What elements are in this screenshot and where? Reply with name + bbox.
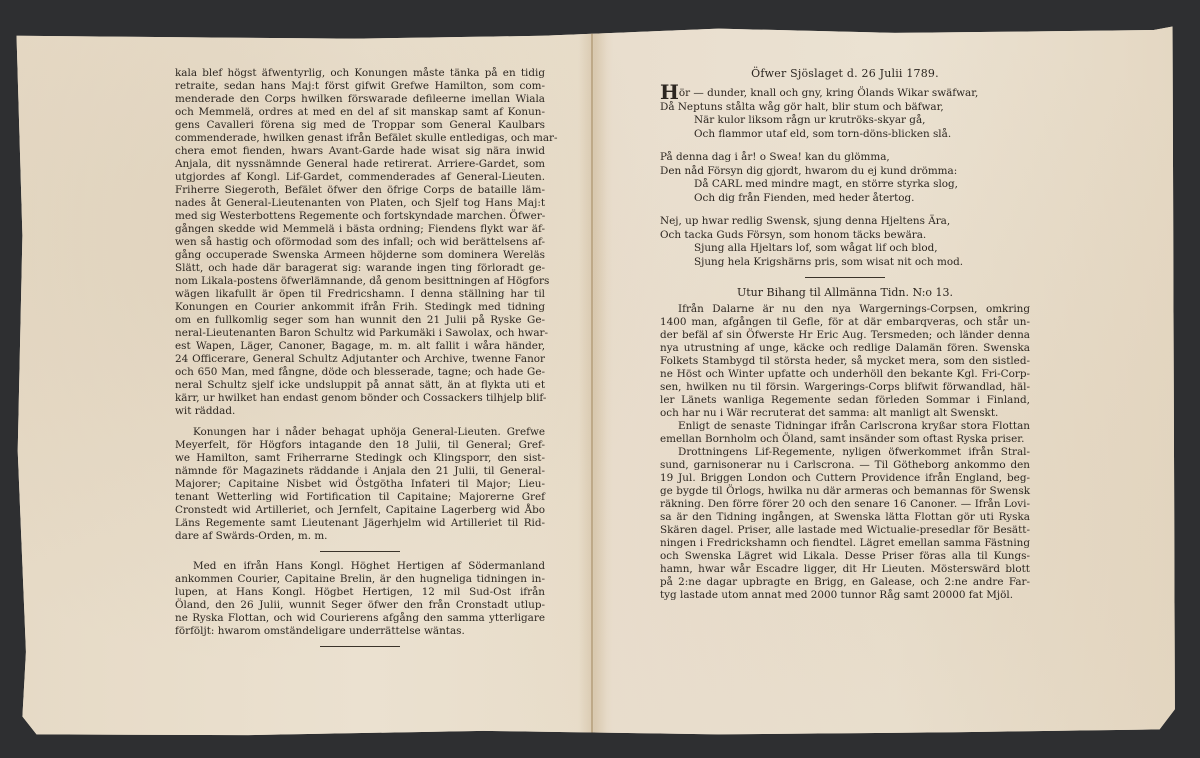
text-line: ningen i Fredrickshamn och fiendtel. Läg… bbox=[660, 537, 1030, 550]
text-line: 1400 man, afgången til Gefle, för at där… bbox=[660, 316, 1030, 329]
text-line: ne Höst och Winter upfatte och underhöll… bbox=[660, 368, 1030, 381]
poem-line: När kulor liksom rågn ur krutröks-skyar … bbox=[660, 114, 1030, 128]
text-line: räkning. Den förre förer 20 och den sena… bbox=[660, 498, 1030, 511]
text-line: wit räddad. bbox=[175, 405, 545, 418]
text-line: der befäl af sin Öfwerste Hr Eric Aug. T… bbox=[660, 329, 1030, 342]
poem-line: Då Neptuns stålta wåg gör halt, blir stu… bbox=[660, 101, 1030, 115]
text-line: ankommen Courier, Capitaine Brelin, är d… bbox=[175, 573, 545, 586]
poem-line: Sjung alla Hjeltars lof, som wågat lif o… bbox=[660, 242, 1030, 256]
text-line: Skären dagel. Priser, alle lastade med W… bbox=[660, 524, 1030, 537]
section-divider bbox=[320, 551, 400, 552]
poem-line: Sjung hela Krigshärns pris, som wisat ni… bbox=[660, 256, 1030, 270]
text-line: menderade den Corps hwilken förswarade d… bbox=[175, 93, 545, 106]
text-line: Ifrån Dalarne är nu den nya Wargernings-… bbox=[660, 303, 1030, 316]
text-line: 19 Jul. Briggen London och Cuttern Provi… bbox=[660, 472, 1030, 485]
text-line: tenant Wetterling wid Fortification til … bbox=[175, 491, 545, 504]
text-line: retraite, sedan hans Maj:t först gifwit … bbox=[175, 80, 545, 93]
text-line: Cronstedt wid Artilleriet, och Jernfelt,… bbox=[175, 504, 545, 517]
news-paragraph: Ifrån Dalarne är nu den nya Wargernings-… bbox=[660, 303, 1030, 602]
text-line: Med en ifrån Hans Kongl. Höghet Hertigen… bbox=[175, 560, 545, 573]
text-line: Enligt de senaste Tidningar ifrån Carlsc… bbox=[660, 420, 1030, 433]
paragraph-retreat: kala blef högst äfwentyrlig, och Konunge… bbox=[175, 67, 545, 418]
text-line: kala blef högst äfwentyrlig, och Konunge… bbox=[175, 67, 545, 80]
text-line: Slätt, och hade där baragerat sig: waran… bbox=[175, 262, 545, 275]
text-line: nades åt General-Lieutenanten von Platen… bbox=[175, 197, 545, 210]
poem-line: Hör — dunder, knall och gny, kring Öland… bbox=[660, 86, 1030, 101]
poem-line: Nej, up hwar redlig Swensk, sjung denna … bbox=[660, 215, 1030, 229]
text-line: och Swenska Lägret wid Likala. Desse Pri… bbox=[660, 550, 1030, 563]
poem: Hör — dunder, knall och gny, kring Öland… bbox=[660, 86, 1030, 269]
text-line: och 650 Man, med fångne, döde och blesse… bbox=[175, 366, 545, 379]
text-line: med sig Westerbottens Regemente och fort… bbox=[175, 210, 545, 223]
poem-stanza-1: Hör — dunder, knall och gny, kring Öland… bbox=[660, 86, 1030, 141]
text-line: we Hamilton, samt Friherrarne Stedingk o… bbox=[175, 452, 545, 465]
text-line: emellan Bornholm och Öland, samt insände… bbox=[660, 433, 1030, 446]
text-line: sen, hwilken nu til försin. Wargerings-C… bbox=[660, 381, 1030, 394]
text-line: neral-Lieutenanten Baron Schultz wid Par… bbox=[175, 327, 545, 340]
text-line: Konungen en Courier ankommit ifrån Frih.… bbox=[175, 301, 545, 314]
text-line: på 2:ne dagar upbragte en Brigg, en Gale… bbox=[660, 576, 1030, 589]
text-line: hamn, hwar wår Escadre ligger, dit Hr Li… bbox=[660, 563, 1030, 576]
text-line: utgjordes af Kongl. Lif-Gardet, commende… bbox=[175, 171, 545, 184]
text-line: förföljt: hwarom omständeligare underrät… bbox=[175, 625, 545, 638]
text-line: commenderade, hwilken genast ifrån Befäl… bbox=[175, 132, 545, 145]
text-line: Meyerfelt, för Högfors intagande den 18 … bbox=[175, 439, 545, 452]
text-line: nom Likala-postens öfwerlämnande, då gen… bbox=[175, 275, 545, 288]
poem-title: Öfwer Sjöslaget d. 26 Julii 1789. bbox=[660, 67, 1030, 80]
text-line: wägen likafullt är öpen til Fredricshamn… bbox=[175, 288, 545, 301]
text-line: Anjala, dit nyssnämnde General hade reti… bbox=[175, 158, 545, 171]
section-divider bbox=[805, 277, 885, 278]
section-divider bbox=[320, 646, 400, 647]
news-section-title: Utur Bihang til Allmänna Tidn. N:o 13. bbox=[660, 286, 1030, 299]
text-line: Konungen har i nåder behagat uphöja Gene… bbox=[175, 426, 545, 439]
text-line: sund, garnisonerar nu i Carlscrona. — Ti… bbox=[660, 459, 1030, 472]
text-line: sa är den Tidning ingången, at Swenska l… bbox=[660, 511, 1030, 524]
text-line: wen så hastig och oförmodad som des infa… bbox=[175, 236, 545, 249]
left-column: kala blef högst äfwentyrlig, och Konunge… bbox=[175, 67, 545, 655]
text-line: Läns Regemente samt Lieutenant Jägerhjel… bbox=[175, 517, 545, 530]
text-line: tyg lastade utom annat med 2000 tunnor R… bbox=[660, 589, 1030, 602]
poem-line: Då CARL med mindre magt, en större styrk… bbox=[660, 178, 1030, 192]
text-line: ge bygde til Örlogs, hwilka nu där armer… bbox=[660, 485, 1030, 498]
text-line: Öland, den 26 Julii, wunnit Seger öfwer … bbox=[175, 599, 545, 612]
poem-line: Och flammor utaf eld, som torn-döns-blic… bbox=[660, 128, 1030, 142]
paragraph-promotions: Konungen har i nåder behagat uphöja Gene… bbox=[175, 426, 545, 543]
paragraph-naval-victory: Med en ifrån Hans Kongl. Höghet Hertigen… bbox=[175, 560, 545, 638]
text-line: nämnde för Magazinets räddande i Anjala … bbox=[175, 465, 545, 478]
text-line: neral Schultz sjelf icke undsluppit på a… bbox=[175, 379, 545, 392]
text-line: ler Länets wanliga Regemente sedan förle… bbox=[660, 394, 1030, 407]
text-line: kärr, ur hwilket han endast genom bönder… bbox=[175, 392, 545, 405]
fold-shadow bbox=[579, 20, 607, 738]
text-line: och har nu i Wär recruterat det samma: a… bbox=[660, 407, 1030, 420]
text-line: Friherre Siegeroth, Befälet öfwer den öf… bbox=[175, 184, 545, 197]
text-line: ne Ryska Flottan, och wid Courierens afg… bbox=[175, 612, 545, 625]
poem-line: Och dig från Fienden, med heder återtog. bbox=[660, 192, 1030, 206]
center-fold-line bbox=[591, 20, 593, 738]
text-line: och Memmelä, ordres at med en del af sit… bbox=[175, 106, 545, 119]
poem-stanza-3: Nej, up hwar redlig Swensk, sjung denna … bbox=[660, 215, 1030, 269]
text-line: gång occuperade Swenska Armeen höjderne … bbox=[175, 249, 545, 262]
text-line: Folkets Stambygd til största heder, så m… bbox=[660, 355, 1030, 368]
text-line: dare af Swärds-Orden, m. m. bbox=[175, 530, 545, 543]
text-line: Majorer; Capitaine Nisbet wid Östgötha I… bbox=[175, 478, 545, 491]
text-line: est Wapen, Läger, Canoner, Bagage, m. m.… bbox=[175, 340, 545, 353]
text-line: lupen, at Hans Kongl. Högbet Hertigen, 1… bbox=[175, 586, 545, 599]
text-line: 24 Officerare, General Schultz Adjutante… bbox=[175, 353, 545, 366]
poem-stanza-2: På denna dag i år! o Swea! kan du glömma… bbox=[660, 151, 1030, 205]
text-line: gången skedde wid Memmelä i bästa ordnin… bbox=[175, 223, 545, 236]
text-line: om en fullkomlig seger som han wunnit de… bbox=[175, 314, 545, 327]
right-column: Öfwer Sjöslaget d. 26 Julii 1789. Hör — … bbox=[660, 67, 1030, 602]
text-line: nya utrustning af unge, käcke och redlig… bbox=[660, 342, 1030, 355]
text-line: chera emot fienden, hwars Avant-Garde ha… bbox=[175, 145, 545, 158]
poem-line: Den nåd Försyn dig gjordt, hwarom du ej … bbox=[660, 165, 1030, 179]
text-line: Drottningens Lif-Regemente, nyligen öfwe… bbox=[660, 446, 1030, 459]
poem-line: Och tacka Guds Försyn, som honom täcks b… bbox=[660, 229, 1030, 243]
text-line: gens Cavalleri förena sig med de Troppar… bbox=[175, 119, 545, 132]
poem-line: På denna dag i år! o Swea! kan du glömma… bbox=[660, 151, 1030, 165]
